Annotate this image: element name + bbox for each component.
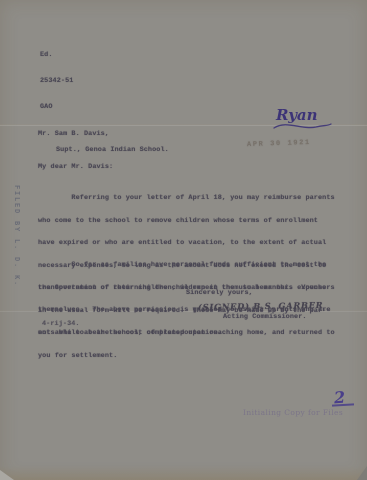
recipient-title: Supt., Genoa Indian School. [56, 147, 169, 155]
file-reference: Ed. 25342-51 GAO [40, 34, 73, 129]
salutation: My dear Mr. Davis: [38, 164, 113, 172]
paper-corner-tear [357, 466, 367, 480]
paper-bottom-shadow [0, 466, 367, 480]
recipient-name: Mr. Sam B. Davis, [38, 131, 109, 139]
file-ref-line: Ed. [40, 51, 73, 60]
file-ref-line: GAO [40, 103, 73, 112]
file-ref-line: 25342-51 [40, 77, 73, 86]
handwritten-name: Ryan [276, 106, 318, 124]
body-paragraph-2: So far as families have personal funds s… [38, 247, 331, 352]
body-line: you for settlement. [38, 353, 335, 361]
paper-corner-tear [0, 470, 14, 480]
body-line: who come to the school to remove childre… [38, 218, 335, 226]
signature-title: Acting Commissioner. [223, 314, 307, 322]
body-line: Referring to your letter of April 18, yo… [38, 195, 335, 203]
letter-page: Ed. 25342-51 GAO Ryan APR 30 1921 Mr. Sa… [0, 0, 367, 480]
filed-by-stamp: FILED BY L. D. K. [12, 181, 20, 291]
body-line: not able to bear the cost of transportat… [38, 330, 331, 338]
typist-reference: 4-rij-34. [42, 321, 80, 329]
body-line: transportation of their children, we exp… [38, 285, 331, 293]
body-line: So far as families have personal funds s… [38, 262, 331, 270]
date-received-stamp: APR 30 1921 [247, 139, 311, 149]
closing: Sincerely yours, [186, 290, 253, 298]
initialing-copy-stamp: Initialing Copy for Files [243, 408, 343, 417]
